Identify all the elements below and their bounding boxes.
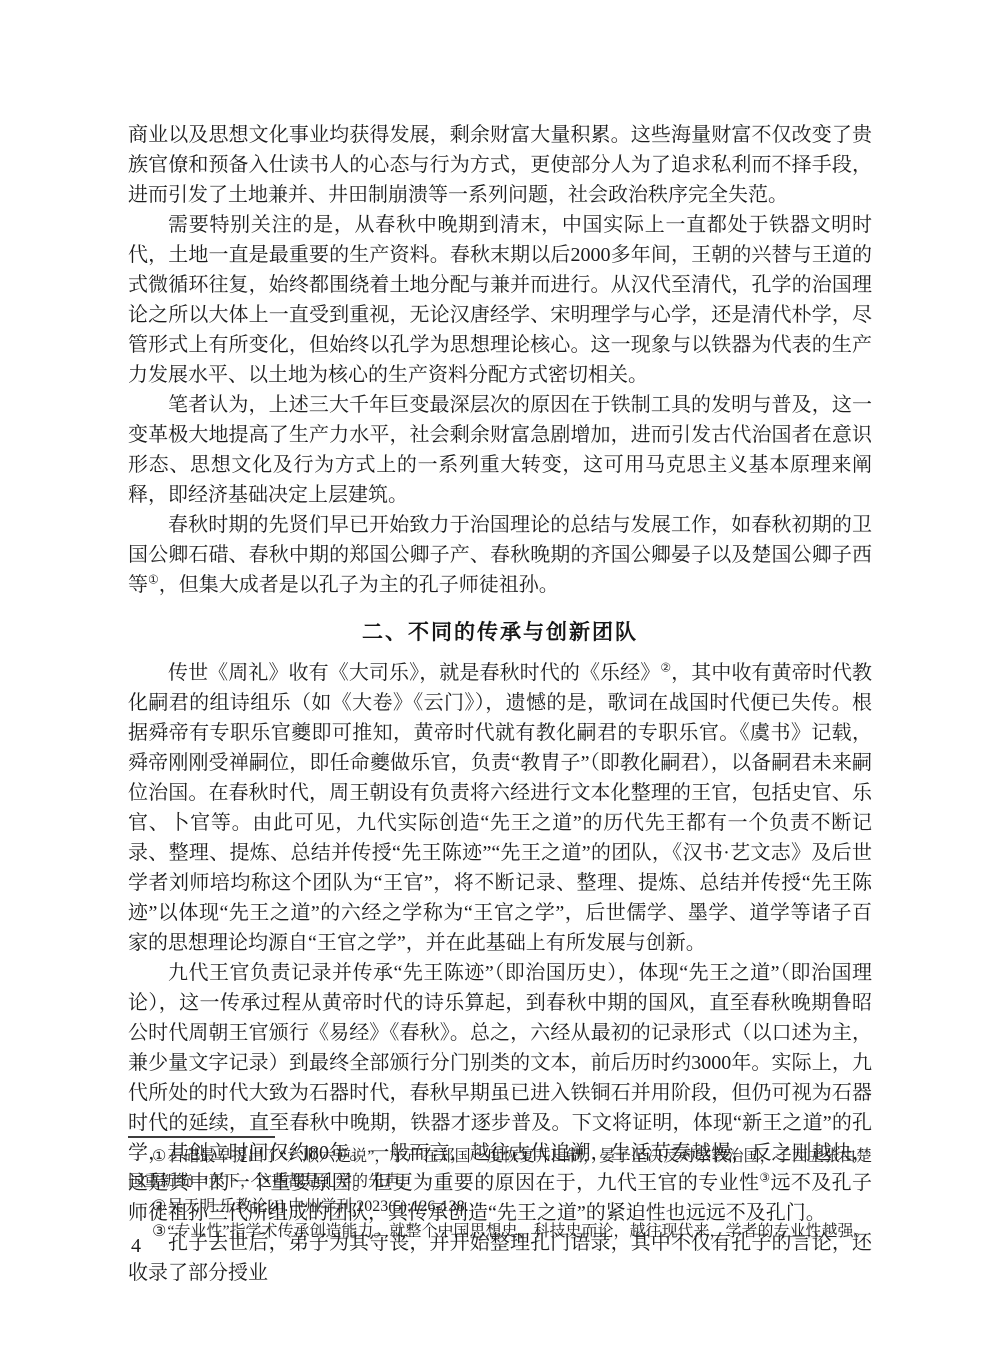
paragraph-1-text: 商业以及思想文化事业均获得发展，剩余财富大量积累。这些海量财富不仅改变了贵族官僚…: [128, 124, 872, 206]
paragraph-5-text: 传世《周礼》收有《大司乐》，就是春秋时代的《乐经》: [168, 662, 660, 684]
footnotes-section: ①石碏最早提出了“六顺六逆说”，子产在郑国一度恢复井田制，晏子坚决反对宗教治国，…: [128, 1144, 872, 1244]
footnote-ref-1: ①: [148, 572, 159, 586]
paragraph-4: 春秋时期的先贤们早已开始致力于治国理论的总结与发展工作，如春秋初期的卫国公卿石碏…: [128, 510, 872, 600]
paragraph-3: 笔者认为，上述三大千年巨变最深层次的原因在于铁制工具的发明与普及，这一变革极大地…: [128, 390, 872, 510]
paragraph-4-text-cont: ，但集大成者是以孔子为主的孔子师徒祖孙。: [159, 574, 559, 596]
section-heading: 二、不同的传承与创新团队: [128, 618, 872, 648]
paragraph-5-text-cont: ，其中收有黄帝时代教化嗣君的组诗组乐（如《大卷》《云门》），遗憾的是，歌词在战国…: [128, 662, 872, 954]
footnote-2-marker: ②: [152, 1198, 166, 1215]
footnote-1-marker: ①: [152, 1148, 166, 1165]
footnote-3-text: “专业性”指学术传承创造能力。就整个中国思想史、科技史而论，越往现代来，学者的专…: [167, 1223, 869, 1240]
footnote-1: ①石碏最早提出了“六顺六逆说”，子产在郑国一度恢复井田制，晏子坚决反对宗教治国，…: [128, 1144, 872, 1194]
footnote-ref-2: ②: [660, 660, 671, 674]
footnote-3-marker: ③: [152, 1223, 166, 1240]
article-body: 商业以及思想文化事业均获得发展，剩余财富大量积累。这些海量财富不仅改变了贵族官僚…: [128, 120, 872, 1288]
footnote-1-text: 石碏最早提出了“六顺六逆说”，子产在郑国一度恢复井田制，晏子坚决反对宗教治国，子…: [128, 1148, 872, 1190]
footnote-2: ②吴天明.乐教论[J].中州学刊,2023(5):126-138.: [128, 1194, 872, 1219]
document-page: 商业以及思想文化事业均获得发展，剩余财富大量积累。这些海量财富不仅改变了贵族官僚…: [0, 0, 1000, 1347]
paragraph-1: 商业以及思想文化事业均获得发展，剩余财富大量积累。这些海量财富不仅改变了贵族官僚…: [128, 120, 872, 210]
footnote-3: ③“专业性”指学术传承创造能力。就整个中国思想史、科技史而论，越往现代来，学者的…: [128, 1219, 872, 1244]
footnote-2-text: 吴天明.乐教论[J].中州学刊,2023(5):126-138.: [167, 1198, 468, 1215]
paragraph-2-text: 需要特别关注的是，从春秋中晚期到清末，中国实际上一直都处于铁器文明时代，土地一直…: [128, 214, 872, 386]
footnote-separator-rule: [128, 1136, 275, 1138]
paragraph-5: 传世《周礼》收有《大司乐》，就是春秋时代的《乐经》②，其中收有黄帝时代教化嗣君的…: [128, 658, 872, 958]
paragraph-2: 需要特别关注的是，从春秋中晚期到清末，中国实际上一直都处于铁器文明时代，土地一直…: [128, 210, 872, 390]
page-number: 4: [131, 1233, 141, 1259]
paragraph-3-text: 笔者认为，上述三大千年巨变最深层次的原因在于铁制工具的发明与普及，这一变革极大地…: [128, 394, 872, 506]
